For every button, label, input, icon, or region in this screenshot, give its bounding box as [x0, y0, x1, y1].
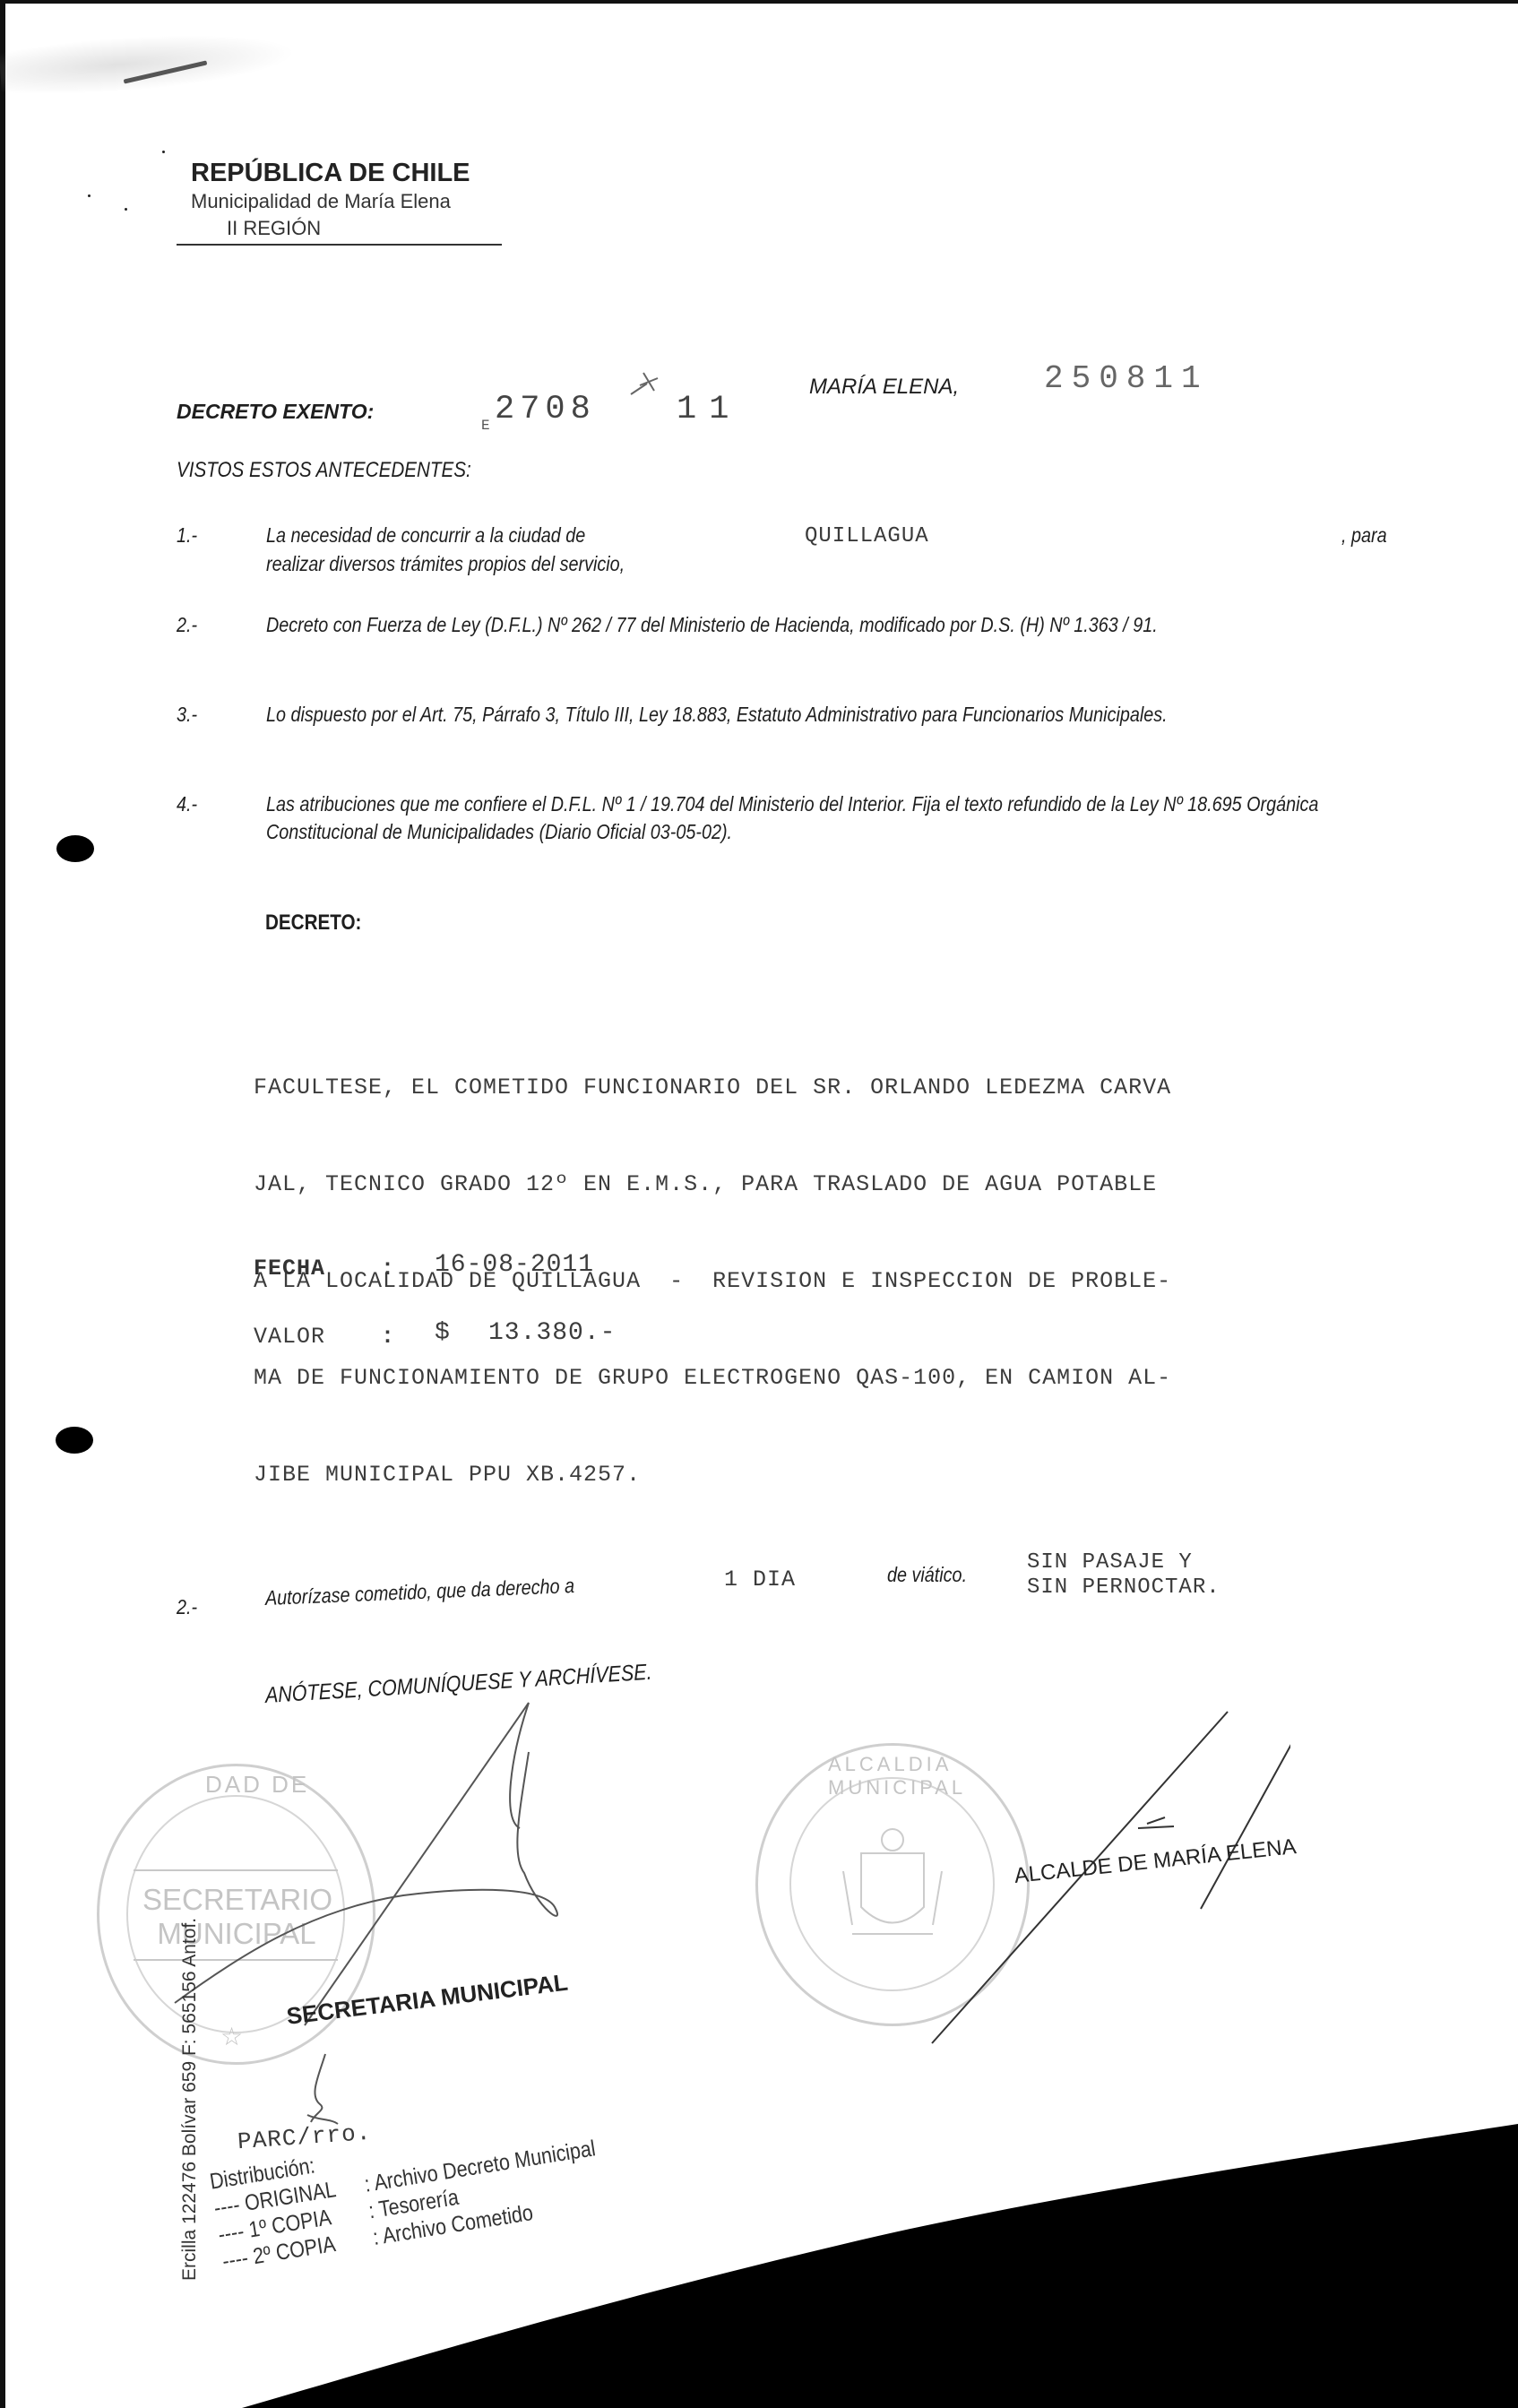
date-stamp: 250811: [1044, 360, 1209, 397]
fecha-value: 16-08-2011: [435, 1249, 594, 1282]
scan-speck: [125, 208, 127, 211]
vistos-item-1-suffix: , para: [1341, 522, 1387, 549]
decreto-body-line: FACULTESE, EL COMETIDO FUNCIONARIO DEL S…: [254, 1072, 1171, 1104]
valor-currency: $: [435, 1317, 451, 1350]
scan-speck: [88, 194, 91, 197]
viatico-note: SIN PERNOCTAR.: [1027, 1575, 1220, 1601]
punch-hole: [56, 1427, 93, 1454]
decreto-body-line: JAL, TECNICO GRADO 12º EN E.M.S., PARA T…: [254, 1169, 1171, 1201]
decree-number: 2708: [495, 391, 596, 428]
viatico-suffix: de viático.: [887, 1561, 967, 1589]
vistos-item-4-text: Las atribuciones que me confiere el D.F.…: [266, 790, 1407, 846]
place-label: MARÍA ELENA,: [809, 375, 959, 400]
decree-label: DECRETO EXENTO:: [177, 400, 374, 424]
decreto-body-line: MA DE FUNCIONAMIENTO DE GRUPO ELECTROGEN…: [254, 1362, 1171, 1394]
country-name: REPÚBLICA DE CHILE: [191, 159, 500, 188]
authorization-number: 2.-: [177, 1595, 197, 1619]
punch-hole: [56, 835, 94, 862]
decreto-title: DECRETO:: [265, 911, 361, 936]
viatico-days: 1 DIA: [724, 1566, 796, 1592]
vistos-item-number: 4.-: [177, 792, 197, 816]
initials-signature: [300, 2050, 345, 2131]
scan-smudge: [0, 26, 298, 100]
vistos-item-number: 2.-: [177, 613, 197, 637]
fecha-label: FECHA: [254, 1253, 325, 1285]
viatico-notes: SIN PASAJE Y SIN PERNOCTAR.: [1027, 1550, 1220, 1601]
scan-edge-top: [0, 0, 1518, 4]
valor-separator: :: [381, 1321, 395, 1353]
destination-city: QUILLAGUA: [805, 524, 929, 548]
vistos-title: VISTOS ESTOS ANTECEDENTES:: [177, 458, 471, 483]
decreto-body-line: JIBE MUNICIPAL PPU XB.4257.: [254, 1459, 1171, 1491]
region-name: II REGIÓN: [191, 217, 500, 240]
vistos-item-2-text: Decreto con Fuerza de Ley (D.F.L.) Nº 26…: [266, 611, 1407, 639]
viatico-note: SIN PASAJE Y: [1027, 1550, 1220, 1575]
valor-label: VALOR: [254, 1321, 325, 1353]
municipality-name: Municipalidad de María Elena: [191, 190, 500, 213]
check-mark: [627, 367, 672, 403]
header-rule: [177, 244, 502, 246]
decree-stamp-prefix: E: [481, 418, 491, 434]
decree-year: 11: [677, 391, 741, 428]
scan-edge-left: [0, 0, 5, 2408]
vistos-item-number: 3.-: [177, 703, 197, 727]
fecha-separator: :: [381, 1253, 395, 1285]
vistos-item-number: 1.-: [177, 523, 197, 548]
vistos-item-1-line2: realizar diversos trámites propios del s…: [266, 550, 625, 578]
letterhead: REPÚBLICA DE CHILE Municipalidad de Marí…: [191, 159, 500, 240]
printer-imprint: Ercilla 122476 Bolívar 659 F: 565156 Ant…: [179, 1918, 201, 2281]
vistos-item-1-prefix: La necesidad de concurrir a la ciudad de: [266, 522, 585, 549]
scan-speck: [162, 151, 165, 153]
valor-amount: 13.380.-: [488, 1317, 616, 1350]
authorization-text: Autorízase cometido, que da derecho a: [265, 1572, 575, 1612]
vistos-item-3-text: Lo dispuesto por el Art. 75, Párrafo 3, …: [266, 701, 1392, 729]
